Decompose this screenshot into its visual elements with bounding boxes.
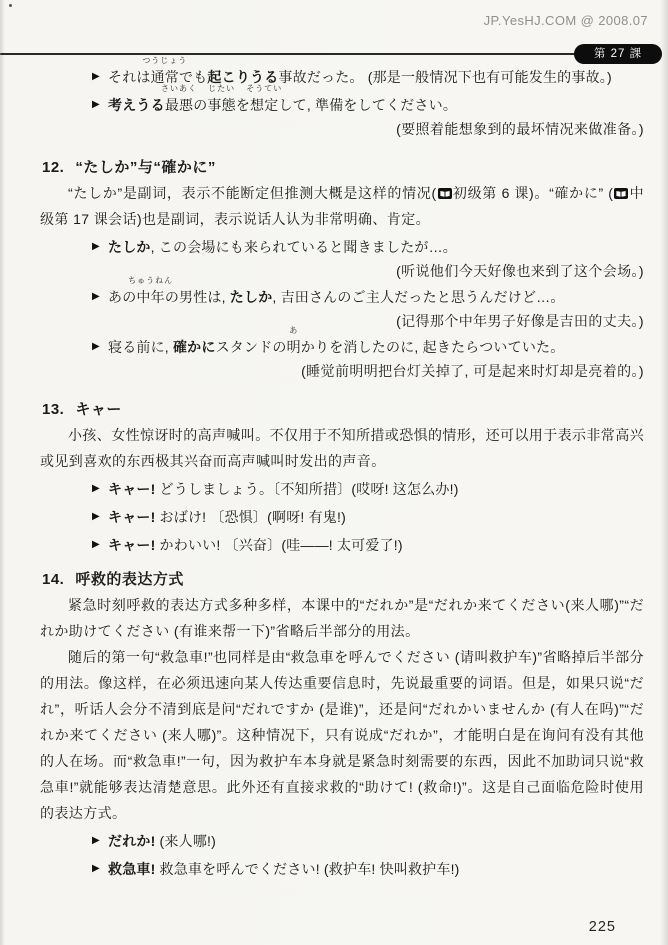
bullet-item: ▶たしか, この会場にも来られていると聞きましたが…。 [40, 234, 644, 260]
text-run: どうしましょう。〔不知所措〕(哎呀! 这怎么办!) [155, 481, 458, 497]
bullet-icon: ▶ [92, 92, 100, 118]
section-heading: 14.呼救的表达方式 [40, 568, 644, 592]
text-run: 最悪 [165, 97, 193, 113]
bold-run: 起こりうる [207, 69, 278, 85]
section-title: “たしか”与“確かに” [75, 159, 216, 176]
text-run: 初级第 6 课)。“確かに” ( [453, 185, 614, 201]
bullet-icon: ▶ [92, 504, 100, 530]
bullet-icon: ▶ [92, 334, 100, 360]
furigana-word: あ明 [287, 334, 301, 360]
text-run: 救急車を呼んでください! (救护车! 快叫救护车!) [155, 861, 459, 877]
bullet-icon: ▶ [92, 284, 100, 310]
text-run: を [236, 97, 250, 113]
text-run: (来人哪!) [155, 833, 216, 849]
paragraph: 小孩、女性惊讶时的高声喊叫。不仅用于不知所措或恐惧的情形，还可以用于表示非常高兴… [40, 422, 644, 474]
furigana-word: ちゅうねん中年 [136, 284, 164, 310]
section-14: 14.呼救的表达方式紧急时刻呼救的表达方式多种多样，本课中的“だれか”是“だれか… [40, 568, 644, 882]
bullet-icon: ▶ [92, 828, 100, 854]
bold-run: たしか [108, 239, 151, 255]
furigana: そうてい [246, 85, 282, 93]
text-run: あの [108, 289, 136, 305]
bold-run: キャー! [108, 537, 155, 553]
bullet-text: それはつうじょう通常でも起こりうる事故だった。 (那是一般情况下也有可能发生的事… [108, 69, 612, 85]
text-run: して, 準備をしてください。 [278, 97, 457, 113]
scan-speck [9, 4, 12, 7]
page-number: 225 [589, 919, 616, 935]
section-13: 13.キャー小孩、女性惊讶时的高声喊叫。不仅用于不知所措或恐惧的情形，还可以用于… [40, 398, 644, 558]
text-run: 紧急时刻呼救的表达方式多种多样，本课中的“だれか”是“だれか来てください(来人哪… [40, 597, 644, 639]
bullet-text: キャー! おばけ! 〔恐惧〕(啊呀! 有鬼!) [108, 509, 346, 525]
text-run: “たしか”是副词，表示不能断定但推测大概是这样的情况( [68, 185, 437, 201]
bold-run: 考えうる [108, 97, 165, 113]
text-run: 中年 [136, 289, 164, 305]
paragraph: 随后的第一句“救急車!”也同样是由“救急車を呼んでください (请叫救护车)”省略… [40, 644, 644, 826]
text-run: 想定 [250, 97, 278, 113]
furigana: じたい [208, 85, 235, 93]
text-run: 通常 [151, 69, 179, 85]
bullet-icon: ▶ [92, 532, 100, 558]
bullet-item: ▶キャー! おばけ! 〔恐惧〕(啊呀! 有鬼!) [40, 504, 644, 530]
text-run: 小孩、女性惊讶时的高声喊叫。不仅用于不知所措或恐惧的情形，还可以用于表示非常高兴… [40, 427, 644, 469]
bullet-item: ▶それはつうじょう通常でも起こりうる事故だった。 (那是一般情况下也有可能发生的… [40, 64, 644, 90]
paragraph: “たしか”是副词，表示不能断定但推测大概是这样的情况(初级第 6 课)。“確かに… [40, 180, 644, 232]
bullet-item: ▶だれか! (来人哪!) [40, 828, 644, 854]
bullet-icon: ▶ [92, 856, 100, 882]
text-run: の [193, 97, 207, 113]
section-12: 12.“たしか”与“確かに”“たしか”是副词，表示不能断定但推测大概是这样的情况… [40, 156, 644, 382]
section-title: キャー [75, 401, 122, 418]
bullet-item: ▶キャー! かわいい! 〔兴奋〕(哇——! 太可爱了!) [40, 532, 644, 558]
paragraph: 紧急时刻呼救的表达方式多种多样，本课中的“だれか”是“だれか来てください(来人哪… [40, 592, 644, 644]
text-run: それは [108, 69, 151, 85]
lesson-number-tab: 第 27 課 [574, 44, 662, 64]
page-content: ▶それはつうじょう通常でも起こりうる事故だった。 (那是一般情况下也有可能发生的… [40, 62, 644, 882]
bullet-text: だれか! (来人哪!) [108, 833, 216, 849]
section-number: 12. [42, 159, 64, 176]
section-number: 14. [42, 571, 64, 588]
bullet-item: ▶あのちゅうねん中年の男性は, たしか, 吉田さんのご主人だったと思うんだけど…… [40, 284, 644, 310]
text-run: 明 [287, 339, 301, 355]
bold-run: たしか [230, 289, 273, 305]
text-run: おばけ! 〔恐惧〕(啊呀! 有鬼!) [155, 509, 345, 525]
text-run: 事態 [207, 97, 235, 113]
text-run: , 吉田さんのご主人だったと思うんだけど…。 [272, 289, 564, 305]
header-rule [0, 53, 612, 55]
bullet-item: ▶キャー! どうしましょう。〔不知所措〕(哎呀! 这怎么办!) [40, 476, 644, 502]
bullet-icon: ▶ [92, 476, 100, 502]
bullet-text: 考えうるさいあく最悪のじたい事態をそうてい想定して, 準備をしてください。 [108, 97, 457, 113]
bullet-item: ▶救急車! 救急車を呼んでください! (救护车! 快叫救护车!) [40, 856, 644, 882]
bullet-text: あのちゅうねん中年の男性は, たしか, 吉田さんのご主人だったと思うんだけど…。 [108, 289, 565, 305]
furigana: さいあく [161, 85, 197, 93]
site-watermark: JP.YesHJ.COM @ 2008.07 [484, 13, 648, 28]
bullet-text: キャー! かわいい! 〔兴奋〕(哇——! 太可爱了!) [108, 537, 403, 553]
text-run: の男性は, [165, 289, 230, 305]
furigana-word: じたい事態 [207, 92, 235, 118]
bullet-text: 寝る前に, 確かにスタンドのあ明かりを消したのに, 起きたらついていた。 [108, 339, 564, 355]
bullet-icon: ▶ [92, 234, 100, 260]
text-run: かわいい! 〔兴奋〕(哇——! 太可爱了!) [155, 537, 402, 553]
book-reference-icon [614, 188, 628, 199]
furigana-word: さいあく最悪 [165, 92, 193, 118]
text-run: , この会場にも来られていると聞きましたが…。 [151, 239, 457, 255]
text-run: 寝る前に, [108, 339, 173, 355]
bold-run: だれか! [108, 833, 155, 849]
text-run: でも [179, 69, 207, 85]
furigana: つうじょう [142, 57, 187, 65]
bold-run: 救急車! [108, 861, 155, 877]
translation-line: (要照着能想象到的最坏情况来做准备。) [40, 118, 644, 140]
translation-line: (记得那个中年男子好像是吉田的丈夫。) [40, 310, 644, 332]
section-title: 呼救的表达方式 [75, 571, 184, 588]
text-run: かりを消したのに, 起きたらついていた。 [301, 339, 565, 355]
bullet-text: 救急車! 救急車を呼んでください! (救护车! 快叫救护车!) [108, 861, 460, 877]
bullet-text: キャー! どうしましょう。〔不知所措〕(哎呀! 这怎么办!) [108, 481, 459, 497]
text-run: スタンドの [216, 339, 287, 355]
text-run: 随后的第一句“救急車!”也同样是由“救急車を呼んでください (请叫救护车)”省略… [40, 649, 644, 821]
bold-run: キャー! [108, 509, 155, 525]
section-heading: 12.“たしか”与“確かに” [40, 156, 644, 180]
section-heading: 13.キャー [40, 398, 644, 422]
furigana: ちゅうねん [128, 277, 173, 285]
furigana-word: そうてい想定 [250, 92, 278, 118]
furigana: あ [289, 327, 298, 335]
book-reference-icon [438, 188, 452, 199]
text-run: 事故だった。 (那是一般情况下也有可能发生的事故。) [278, 69, 611, 85]
bullet-item: ▶考えうるさいあく最悪のじたい事態をそうてい想定して, 準備をしてください。 [40, 92, 644, 118]
bullet-text: たしか, この会場にも来られていると聞きましたが…。 [108, 239, 457, 255]
uru-examples-continued: ▶それはつうじょう通常でも起こりうる事故だった。 (那是一般情况下也有可能发生的… [40, 64, 644, 140]
bold-run: キャー! [108, 481, 155, 497]
section-number: 13. [42, 401, 64, 418]
bullet-icon: ▶ [92, 64, 100, 90]
bold-run: 確かに [173, 339, 216, 355]
translation-line: (睡觉前明明把台灯关掉了, 可是起来时灯却是亮着的。) [40, 360, 644, 382]
bullet-item: ▶寝る前に, 確かにスタンドのあ明かりを消したのに, 起きたらついていた。 [40, 334, 644, 360]
